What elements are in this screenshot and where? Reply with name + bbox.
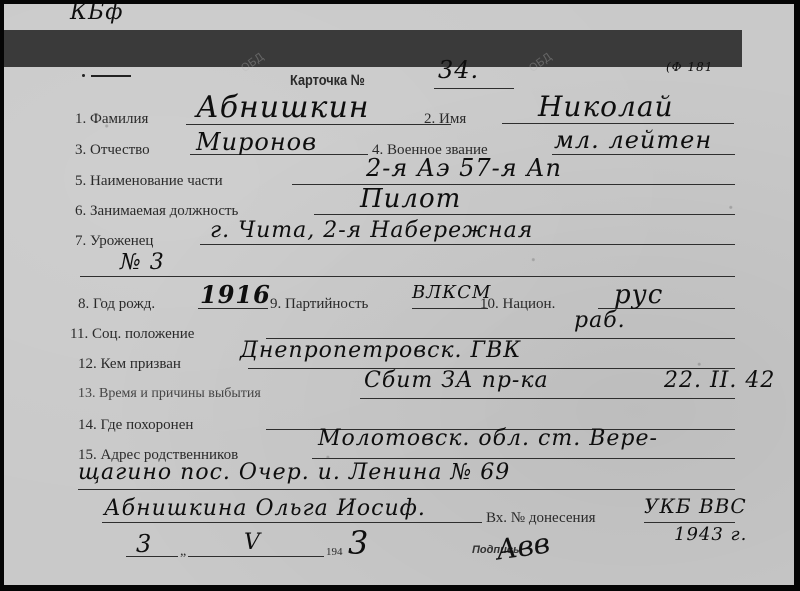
social-status-label: 11. Соц. положение <box>70 326 194 343</box>
party-label: 9. Партийность <box>270 296 368 313</box>
birthplace-line <box>200 244 735 245</box>
departure-date: 22. II. 42 <box>664 368 775 393</box>
relatives-line <box>312 458 735 459</box>
birthplace-value-cont: № 3 <box>120 250 165 275</box>
date-day: 3 <box>136 530 152 558</box>
patronymic-label: 3. Отчество <box>75 142 150 159</box>
date-month: V <box>244 530 261 555</box>
short-rule <box>91 75 131 77</box>
first-name-label: 2. Имя <box>424 111 466 128</box>
social-status-value: раб. <box>574 308 626 333</box>
nationality-label: 10. Национ. <box>480 296 555 313</box>
party-line <box>412 308 488 309</box>
report-no-value-cont: 1943 г. <box>674 524 747 545</box>
date-year-suffix: 3 <box>348 524 369 562</box>
nationality-value: рус <box>614 280 663 310</box>
date-month-line <box>188 556 324 557</box>
dot-mark <box>82 74 85 77</box>
first-name-line <box>502 123 734 124</box>
birthplace-label: 7. Уроженец <box>75 233 153 250</box>
report-no-label: Вх. № донесения <box>486 510 596 527</box>
rank-value: мл. лейтен <box>554 126 712 154</box>
card-number-line <box>434 88 514 89</box>
unit-label: 5. Наименование части <box>75 173 223 190</box>
signature: Авв <box>494 526 552 566</box>
date-year-prefix: 194 <box>326 546 343 558</box>
position-line <box>314 214 735 215</box>
personnel-card: ОБД ОБД КБф Карточка № 34. (Ф 181 1. Фам… <box>4 4 794 585</box>
unit-line <box>292 184 735 185</box>
relatives-line1: Молотовск. обл. ст. Вере- <box>318 426 658 451</box>
patronymic-value: Миронов <box>196 128 317 156</box>
drafted-by-label: 12. Кем призван <box>78 356 181 373</box>
departure-line <box>360 398 735 399</box>
birth-year-value: 1916 <box>200 280 271 309</box>
surname-value: Абнишкин <box>196 90 370 125</box>
rank-line <box>552 154 735 155</box>
surname-label: 1. Фамилия <box>75 111 148 128</box>
birthplace-value: г. Чита, 2-я Набережная <box>210 218 533 243</box>
relatives-line-3 <box>102 522 482 523</box>
departure-value: Сбит ЗА пр-ка <box>364 368 549 393</box>
header-band <box>4 30 742 67</box>
first-name-value: Николай <box>538 90 674 123</box>
top-right-mark: (Ф 181 <box>666 60 713 74</box>
unit-value: 2-я Аэ 57-я Ап <box>366 154 562 182</box>
card-number: 34. <box>438 56 479 84</box>
relatives-line2: щагино пос. Очер. и. Ленина № 69 <box>78 460 510 485</box>
position-value: Пилот <box>360 184 461 214</box>
card-title: Карточка № <box>290 72 365 89</box>
report-no-line <box>644 522 735 523</box>
departure-label: 13. Время и причины выбытия <box>78 386 261 402</box>
corner-mark: КБф <box>70 4 123 25</box>
birthplace-cont-line <box>80 276 735 277</box>
burial-label: 14. Где похоронен <box>78 417 193 434</box>
birth-year-label: 8. Год рожд. <box>78 296 155 313</box>
drafted-by-value: Днепропетровск. ГВК <box>240 338 521 363</box>
relatives-line3: Абнишкина Ольга Иосиф. <box>104 496 426 521</box>
date-quote: „ <box>180 544 186 560</box>
report-no-value: УКБ ВВС <box>644 494 747 518</box>
relatives-line-2 <box>78 489 735 490</box>
